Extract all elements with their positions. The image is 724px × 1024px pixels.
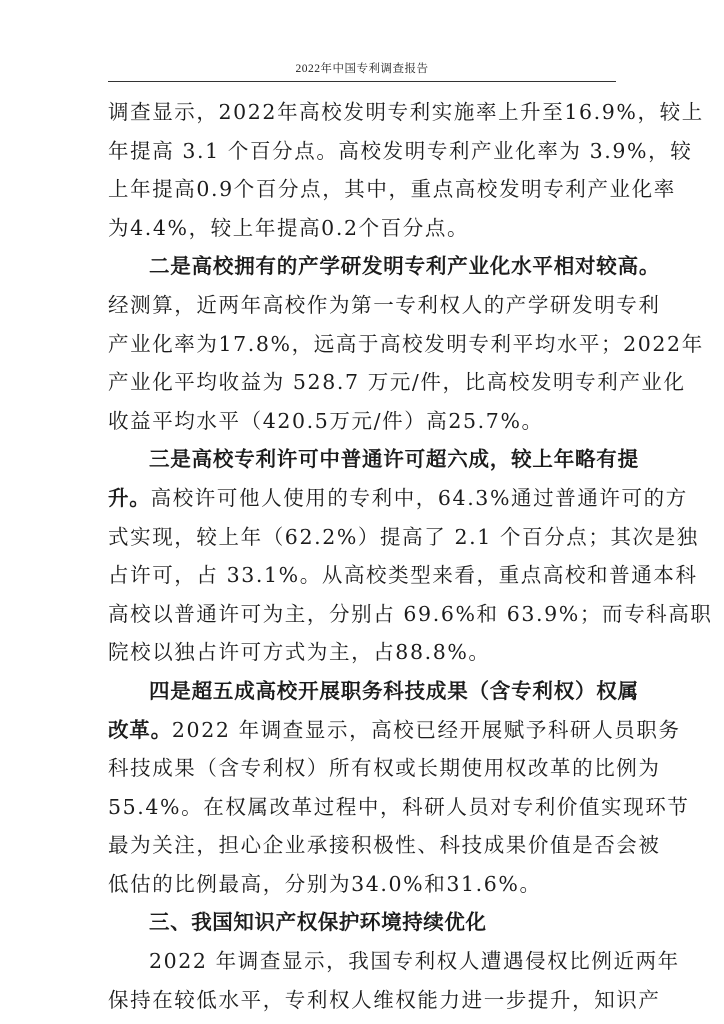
line-text: 调查显示，2022年高校发明专利实施率上升至16.9%，较上 xyxy=(108,100,704,124)
body-line: 收益平均水平（420.5万元/件）高25.7%。 xyxy=(108,402,620,441)
line-text: 最为关注，担心企业承接积极性、科技成果价值是否会被 xyxy=(108,833,661,857)
body-line: 低估的比例最高，分别为34.0%和31.6%。 xyxy=(108,865,620,904)
body-line: 2022 年调查显示，我国专利权人遭遇侵权比例近两年 xyxy=(108,942,620,981)
body-line: 55.4%。在权属改革过程中，科研人员对专利价值实现环节 xyxy=(108,788,620,827)
line-text: 上年提高0.9个百分点，其中，重点高校发明专利产业化率 xyxy=(108,177,676,201)
bold-lead-sentence: 改革。 xyxy=(108,718,172,742)
body-line: 保持在较低水平，专利权人维权能力进一步提升，知识产 xyxy=(108,981,620,1020)
line-text: 年提高 3.1 个百分点。高校发明专利产业化率为 3.9%，较 xyxy=(108,139,692,163)
line-text: 高校许可他人使用的专利中，64.3%通过普通许可的方 xyxy=(151,486,688,510)
paragraph-lead-line: 四是超五成高校开展职务科技成果（含专利权）权属 xyxy=(108,672,620,711)
paragraph-lead-line: 二是高校拥有的产学研发明专利产业化水平相对较高。 xyxy=(108,247,620,286)
bold-lead-sentence: 四是超五成高校开展职务科技成果（含专利权）权属 xyxy=(149,679,639,703)
header-rule xyxy=(108,81,616,82)
line-text: 2022 年调查显示，高校已经开展赋予科研人员职务 xyxy=(172,718,681,742)
line-text: 经测算，近两年高校作为第一专利权人的产学研发明专利 xyxy=(108,293,661,317)
body-line: 升。高校许可他人使用的专利中，64.3%通过普通许可的方 xyxy=(108,479,620,518)
body-line: 产业化率为17.8%，远高于高校发明专利平均水平；2022年 xyxy=(108,325,620,364)
line-text: 科技成果（含专利权）所有权或长期使用权改革的比例为 xyxy=(108,756,661,780)
body-line: 年提高 3.1 个百分点。高校发明专利产业化率为 3.9%，较 xyxy=(108,132,620,171)
body-line: 为4.4%，较上年提高0.2个百分点。 xyxy=(108,209,620,248)
line-text: 低估的比例最高，分别为34.0%和31.6%。 xyxy=(108,872,542,896)
body-line: 高校以普通许可为主，分别占 69.6%和 63.9%；而专科高职 xyxy=(108,595,620,634)
body-line: 式实现，较上年（62.2%）提高了 2.1 个百分点；其次是独 xyxy=(108,518,620,557)
body-line: 经测算，近两年高校作为第一专利权人的产学研发明专利 xyxy=(108,286,620,325)
running-header: 2022年中国专利调查报告 xyxy=(108,60,616,82)
line-text: 产业化率为17.8%，远高于高校发明专利平均水平；2022年 xyxy=(108,332,704,356)
document-page: 2022年中国专利调查报告 调查显示，2022年高校发明专利实施率上升至16.9… xyxy=(0,0,724,1024)
line-text: 式实现，较上年（62.2%）提高了 2.1 个百分点；其次是独 xyxy=(108,525,699,549)
body-line: 调查显示，2022年高校发明专利实施率上升至16.9%，较上 xyxy=(108,93,620,132)
line-text: 为4.4%，较上年提高0.2个百分点。 xyxy=(108,216,469,240)
line-text: 产业化平均收益为 528.7 万元/件，比高校发明专利产业化 xyxy=(108,370,686,394)
bold-lead-sentence: 二是高校拥有的产学研发明专利产业化水平相对较高。 xyxy=(149,254,660,278)
line-text: 高校以普通许可为主，分别占 69.6%和 63.9%；而专科高职 xyxy=(108,602,712,626)
line-text: 保持在较低水平，专利权人维权能力进一步提升，知识产 xyxy=(108,988,661,1012)
body-line: 最为关注，担心企业承接积极性、科技成果价值是否会被 xyxy=(108,826,620,865)
line-text: 2022 年调查显示，我国专利权人遭遇侵权比例近两年 xyxy=(149,949,680,973)
page-number: 3 xyxy=(0,917,724,929)
body-line: 产业化平均收益为 528.7 万元/件，比高校发明专利产业化 xyxy=(108,363,620,402)
body-line: 上年提高0.9个百分点，其中，重点高校发明专利产业化率 xyxy=(108,170,620,209)
line-text: 55.4%。在权属改革过程中，科研人员对专利价值实现环节 xyxy=(108,795,689,819)
line-text: 收益平均水平（420.5万元/件）高25.7%。 xyxy=(108,409,544,433)
body-line: 改革。2022 年调查显示，高校已经开展赋予科研人员职务 xyxy=(108,711,620,750)
body-line: 占许可，占 33.1%。从高校类型来看，重点高校和普通本科 xyxy=(108,556,620,595)
body-text: 调查显示，2022年高校发明专利实施率上升至16.9%，较上 年提高 3.1 个… xyxy=(108,93,620,1019)
line-text: 占许可，占 33.1%。从高校类型来看，重点高校和普通本科 xyxy=(108,563,698,587)
body-line: 院校以独占许可方式为主，占88.8%。 xyxy=(108,633,620,672)
bold-lead-sentence: 三是高校专利许可中普通许可超六成，较上年略有提 xyxy=(149,447,639,471)
bold-lead-sentence: 升。 xyxy=(108,486,151,510)
body-line: 科技成果（含专利权）所有权或长期使用权改革的比例为 xyxy=(108,749,620,788)
paragraph-lead-line: 三是高校专利许可中普通许可超六成，较上年略有提 xyxy=(108,440,620,479)
line-text: 院校以独占许可方式为主，占88.8%。 xyxy=(108,640,491,664)
